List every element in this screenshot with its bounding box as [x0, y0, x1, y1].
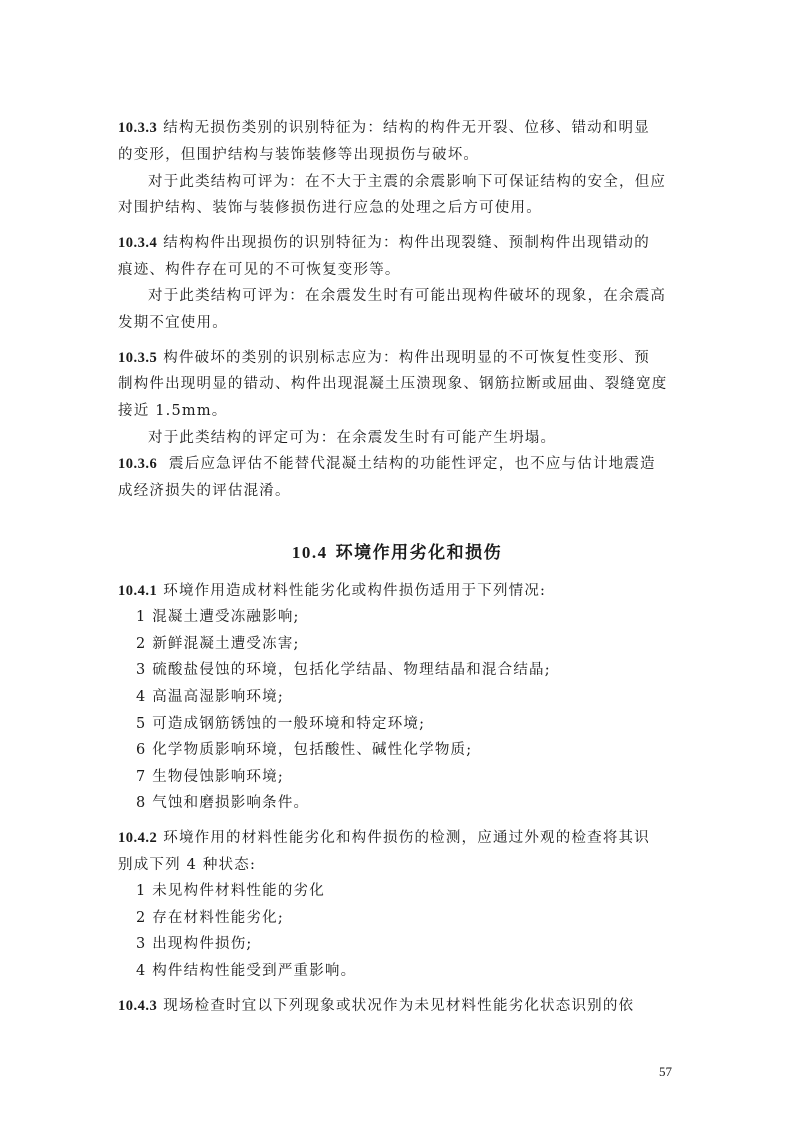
clause-10-3-6-line-2: 成经济损失的评估混淆。: [118, 481, 291, 501]
clause-10-3-4-para-2-line-2: 发期不宜使用。: [118, 313, 228, 333]
clause-10-3-3-para-2-line-2: 对围护结构、装饰与装修损伤进行应急的处理之后方可使用。: [118, 198, 542, 218]
clause-10-4-1-line-1: 10.4.1环境作用造成材料性能劣化或构件损伤适用于下列情况:: [118, 581, 546, 601]
section-heading-10-4: 10.4环境作用劣化和损伤: [0, 538, 794, 563]
clause-10-3-4-para-2-line-1: 对于此类结构可评为：在余震发生时有可能出现构件破坏的现象，在余震高: [148, 286, 666, 306]
list-item: 4 高温高湿影响环境;: [136, 687, 284, 707]
list-item: 2 存在材料性能劣化;: [136, 908, 284, 928]
page-number: 57: [659, 1064, 672, 1080]
clause-number: 10.3.6: [118, 456, 157, 472]
clause-text: 构件破坏的类别的识别标志应为：构件出现明显的不可恢复性变形、预: [163, 350, 650, 366]
list-item: 6 化学物质影响环境，包括酸性、碱性化学物质;: [136, 740, 472, 760]
clause-text: 现场检查时宜以下列现象或状况作为未见材料性能劣化状态识别的依: [163, 998, 634, 1014]
list-item: 1 未见构件材料性能的劣化: [136, 881, 325, 901]
clause-10-3-5-line-3: 接近 1.5mm。: [118, 401, 227, 421]
clause-10-4-2-line-2: 别成下列 4 种状态:: [118, 855, 256, 875]
clause-text: 环境作用造成材料性能劣化或构件损伤适用于下列情况:: [163, 583, 546, 599]
clause-10-3-5-line-1: 10.3.5构件破坏的类别的识别标志应为：构件出现明显的不可恢复性变形、预: [118, 348, 650, 368]
clause-text: 结构构件出现损伤的识别特征为：构件出现裂缝、预制构件出现错动的: [163, 235, 650, 251]
list-item: 1 混凝土遭受冻融影响;: [136, 607, 300, 627]
clause-10-4-3-line-1: 10.4.3现场检查时宜以下列现象或状况作为未见材料性能劣化状态识别的依: [118, 996, 634, 1016]
document-page: 10.3.3结构无损伤类别的识别特征为：结构的构件无开裂、位移、错动和明显 的变…: [0, 0, 794, 1123]
clause-number: 10.4.1: [118, 583, 157, 599]
section-title: 环境作用劣化和损伤: [336, 543, 503, 563]
clause-text: 震后应急评估不能替代混凝土结构的功能性评定，也不应与估计地震造: [163, 456, 656, 472]
clause-number: 10.4.3: [118, 998, 157, 1014]
clause-10-3-3-para-2-line-1: 对于此类结构可评为：在不大于主震的余震影响下可保证结构的安全，但应: [148, 172, 666, 192]
list-item: 8 气蚀和磨损影响条件。: [136, 793, 309, 813]
clause-number: 10.4.2: [118, 830, 157, 846]
clause-text: 结构无损伤类别的识别特征为：结构的构件无开裂、位移、错动和明显: [163, 120, 650, 136]
clause-10-4-2-line-1: 10.4.2环境作用的材料性能劣化和构件损伤的检测，应通过外观的检查将其识: [118, 828, 650, 848]
clause-10-3-3-line-1: 10.3.3结构无损伤类别的识别特征为：结构的构件无开裂、位移、错动和明显: [118, 118, 650, 138]
clause-10-3-4-line-1: 10.3.4结构构件出现损伤的识别特征为：构件出现裂缝、预制构件出现错动的: [118, 233, 650, 253]
list-item: 4 构件结构性能受到严重影响。: [136, 961, 356, 981]
clause-10-3-5-line-2: 制构件出现明显的错动、构件出现混凝土压溃现象、钢筋拉断或屈曲、裂缝宽度: [118, 374, 668, 394]
section-number: 10.4: [292, 543, 328, 562]
clause-number: 10.3.5: [118, 350, 157, 366]
clause-number: 10.3.4: [118, 235, 157, 251]
list-item: 3 出现构件损伤;: [136, 934, 253, 954]
list-item: 2 新鲜混凝土遭受冻害;: [136, 634, 300, 654]
clause-number: 10.3.3: [118, 120, 157, 136]
list-item: 3 硫酸盐侵蚀的环境，包括化学结晶、物理结晶和混合结晶;: [136, 660, 551, 680]
clause-10-3-5-para-2-line-1: 对于此类结构的评定可为：在余震发生时有可能产生坍塌。: [148, 428, 556, 448]
clause-text: 环境作用的材料性能劣化和构件损伤的检测，应通过外观的检查将其识: [163, 830, 650, 846]
list-item: 5 可造成钢筋锈蚀的一般环境和特定环境;: [136, 714, 425, 734]
clause-10-3-6-line-1: 10.3.6 震后应急评估不能替代混凝土结构的功能性评定，也不应与估计地震造: [118, 454, 656, 474]
clause-10-3-4-line-2: 痕迹、构件存在可见的不可恢复变形等。: [118, 260, 401, 280]
list-item: 7 生物侵蚀影响环境;: [136, 767, 284, 787]
clause-10-3-3-line-2: 的变形，但围护结构与装饰装修等出现损伤与破坏。: [118, 145, 479, 165]
